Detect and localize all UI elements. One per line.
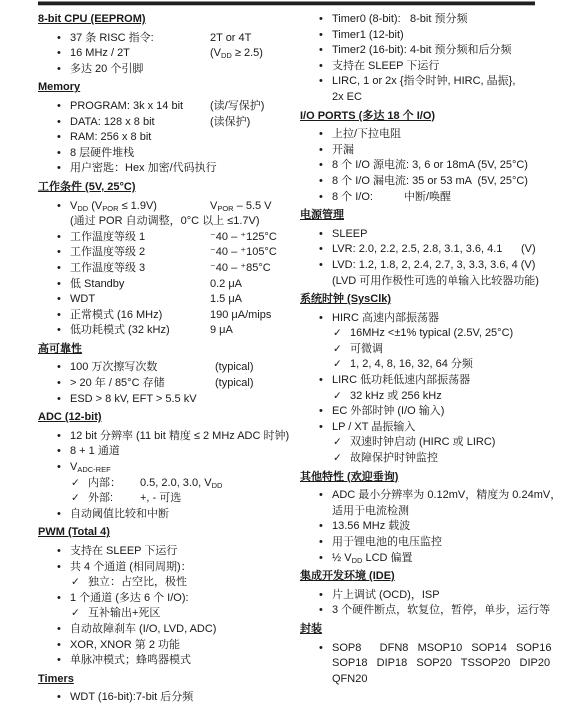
bullet-icon: •	[57, 31, 61, 47]
section-title: 集成开发环境 (IDE)	[300, 569, 585, 585]
feature-line: •SLEEP	[300, 227, 585, 243]
left-column: 8-bit CPU (EEPROM)•37 条 RISC 指令:2T or 4T…	[38, 12, 290, 706]
line-value: ⁻40 – ⁺105°C	[210, 246, 277, 258]
feature-line: •1 个通道 (多达 6 个 I/O):	[38, 591, 290, 607]
line-text: 8 个 I/O 源电流: 3, 6 or 18mA (5V, 25°C)	[332, 159, 528, 171]
bullet-icon: •	[57, 376, 61, 392]
bullet-icon: •	[57, 429, 61, 445]
feature-line: •低功耗模式 (32 kHz)9 μA	[38, 323, 290, 339]
section-title: ADC (12-bit)	[38, 410, 290, 426]
feature-line: •3 个硬件断点，软复位，暂停，单步，运行等	[300, 603, 585, 619]
line-value: +, - 可选	[140, 492, 181, 504]
line-text: SOP18 DIP18 SOP20 TSSOP20 DIP20	[332, 657, 550, 669]
line-text: 互补输出+死区	[88, 607, 160, 619]
feature-line: •12 bit 分辨率 (11 bit 精度 ≤ 2 MHz ADC 时钟)	[38, 429, 290, 445]
feature-line: •自动阈值比较和中断	[38, 507, 290, 523]
bullet-icon: •	[57, 62, 61, 78]
bullet-icon: •	[319, 420, 323, 436]
bullet-icon: •	[319, 311, 323, 327]
line-value: 9 μA	[210, 324, 233, 336]
right-column: •Timer0 (8-bit):8-bit 预分频•Timer1 (12-bit…	[300, 12, 585, 706]
feature-columns: 8-bit CPU (EEPROM)•37 条 RISC 指令:2T or 4T…	[38, 12, 585, 706]
line-text: 上拉/下拉电阻	[332, 128, 401, 140]
bullet-icon: •	[57, 46, 61, 62]
bullet-icon: •	[57, 544, 61, 560]
line-text: 16MHz <±1% typical (2.5V, 25°C)	[350, 327, 513, 339]
feature-line: •用于锂电池的电压监控	[300, 535, 585, 551]
line-value: 2T or 4T	[210, 32, 251, 44]
line-text: HIRC 高速内部振荡器	[332, 312, 439, 324]
bullet-icon: •	[57, 230, 61, 246]
feature-line: •HIRC 高速内部振荡器	[300, 311, 585, 327]
line-value: (读/写保护)	[210, 100, 264, 112]
bullet-icon: •	[57, 653, 61, 669]
feature-line: •片上调试 (OCD)，ISP	[300, 588, 585, 604]
bullet-icon: •	[319, 74, 323, 90]
feature-line: •8 + 1 通道	[38, 444, 290, 460]
feature-line: ✓故障保护时钟监控	[300, 451, 585, 467]
bullet-icon: •	[319, 143, 323, 159]
check-icon: ✓	[333, 342, 342, 358]
line-text: 共 4 个通道 (相同周期)：	[70, 561, 192, 573]
section-title: 封装	[300, 622, 585, 638]
line-text: 用于锂电池的电压监控	[332, 536, 442, 548]
feature-line: 适用于电流检测	[300, 504, 585, 520]
feature-line: •多达 20 个引脚	[38, 62, 290, 78]
feature-line: •VDD (VPOR ≤ 1.9V)VPOR – 5.5 V	[38, 199, 290, 215]
line-text: 8 + 1 通道	[70, 445, 120, 457]
line-value: VPOR – 5.5 V	[210, 200, 272, 212]
line-text: 支持在 SLEEP 下运行	[332, 60, 439, 72]
line-value: (VDD ≥ 2.5)	[210, 47, 263, 59]
feature-line: •支持在 SLEEP 下运行	[38, 544, 290, 560]
feature-line: ✓1, 2, 4, 8, 16, 32, 64 分频	[300, 357, 585, 373]
line-text: 双速时钟启动 (HIRC 或 LIRC)	[350, 436, 495, 448]
line-value: 0.5, 2.0, 3.0, VDD	[140, 477, 222, 489]
check-icon: ✓	[71, 491, 80, 507]
line-text: 工作温度等级 1	[70, 230, 210, 246]
line-text: 3 个硬件断点，软复位，暂停，单步，运行等	[332, 604, 550, 616]
feature-line: •工作温度等级 1⁻40 – ⁺125°C	[38, 230, 290, 246]
feature-line: ✓独立：占空比，极性	[38, 575, 290, 591]
line-text: WDT	[70, 292, 210, 308]
line-text: 多达 20 个引脚	[70, 63, 143, 75]
check-icon: ✓	[333, 326, 342, 342]
feature-line: •LVD: 1.2, 1.8, 2, 2.4, 2.7, 3, 3.3, 3.6…	[300, 258, 585, 274]
feature-line: •Timer1 (12-bit)	[300, 28, 585, 44]
feature-line: •13.56 MHz 载波	[300, 519, 585, 535]
feature-line: •工作温度等级 2⁻40 – ⁺105°C	[38, 245, 290, 261]
feature-line: •8 个 I/O 漏电流: 35 or 53 mA (5V, 25°C)	[300, 174, 585, 190]
line-text: 1, 2, 4, 8, 16, 32, 64 分频	[350, 358, 473, 370]
feature-line: •Timer0 (8-bit):8-bit 预分频	[300, 12, 585, 28]
bullet-icon: •	[57, 292, 61, 308]
feature-line: QFN20	[300, 672, 585, 688]
bullet-icon: •	[319, 373, 323, 389]
feature-line: •ADC 最小分辨率为 0.12mV，精度为 0.24mV，	[300, 488, 585, 504]
bullet-icon: •	[319, 488, 323, 504]
line-value: (typical)	[215, 361, 254, 373]
feature-line: •8 个 I/O:中断/唤醒	[300, 190, 585, 206]
feature-line: •开漏	[300, 143, 585, 159]
bullet-icon: •	[57, 323, 61, 339]
feature-line: •LIRC 低功耗低速内部振荡器	[300, 373, 585, 389]
feature-line: SOP18 DIP18 SOP20 TSSOP20 DIP20	[300, 656, 585, 672]
line-text: 1 个通道 (多达 6 个 I/O):	[70, 592, 189, 604]
feature-line: ✓32 kHz 或 256 kHz	[300, 389, 585, 405]
feature-line: •XOR, XNOR 第 2 功能	[38, 638, 290, 654]
bullet-icon: •	[57, 308, 61, 324]
line-text: RAM: 256 x 8 bit	[70, 131, 151, 143]
feature-line: •LP / XT 晶振输入	[300, 420, 585, 436]
feature-line: ✓16MHz <±1% typical (2.5V, 25°C)	[300, 326, 585, 342]
feature-line: •自动故障刹车 (I/O, LVD, ADC)	[38, 622, 290, 638]
feature-line: •WDT (16-bit):7-bit 后分频	[38, 690, 290, 706]
line-value: 1.5 μA	[210, 293, 242, 305]
line-text: LVD: 1.2, 1.8, 2, 2.4, 2.7, 3, 3.3, 3.6,…	[332, 259, 535, 271]
feature-line: •LVR: 2.0, 2.2, 2.5, 2.8, 3.1, 3.6, 4.1(…	[300, 242, 585, 258]
bullet-icon: •	[57, 130, 61, 146]
line-text: LIRC 低功耗低速内部振荡器	[332, 374, 470, 386]
bullet-icon: •	[319, 404, 323, 420]
line-text: 工作温度等级 3	[70, 261, 210, 277]
bullet-icon: •	[319, 127, 323, 143]
line-text: LP / XT 晶振输入	[332, 421, 415, 433]
bullet-icon: •	[57, 360, 61, 376]
feature-line: •WDT1.5 μA	[38, 292, 290, 308]
feature-line: •EC 外部时钟 (I/O 输入)	[300, 404, 585, 420]
line-text: 100 万次擦写次数	[70, 360, 215, 376]
line-text: Timer1 (12-bit)	[332, 29, 404, 41]
line-text: Timer0 (8-bit):	[332, 12, 410, 28]
bullet-icon: •	[57, 161, 61, 177]
feature-line: •RAM: 256 x 8 bit	[38, 130, 290, 146]
feature-line: ✓互补输出+死区	[38, 606, 290, 622]
bullet-icon: •	[57, 392, 61, 408]
feature-line: •支持在 SLEEP 下运行	[300, 59, 585, 75]
feature-line: •Timer2 (16-bit):4-bit 预分频和后分频	[300, 43, 585, 59]
line-text: PROGRAM: 3k x 14 bit	[70, 99, 210, 115]
feature-line: •SOP8 DFN8 MSOP10 SOP14 SOP16	[300, 641, 585, 657]
line-value: (V)	[521, 243, 536, 255]
line-value: 7-bit 后分频	[136, 691, 193, 703]
bullet-icon: •	[57, 277, 61, 293]
line-text: 16 MHz / 2T	[70, 46, 210, 62]
line-text: LIRC, 1 or 2x {指令时钟, HIRC, 晶振},	[332, 75, 515, 87]
feature-line: •8 个 I/O 源电流: 3, 6 or 18mA (5V, 25°C)	[300, 158, 585, 174]
section-title: 系统时钟 (SysClk)	[300, 292, 585, 308]
section-title: I/O PORTS (多达 18 个 I/O)	[300, 109, 585, 125]
feature-line: (通过 POR 自动调整，0°C 以上 ≤1.7V)	[38, 214, 290, 230]
line-text: 8 个 I/O 漏电流: 35 or 53 mA (5V, 25°C)	[332, 175, 528, 187]
line-text: EC 外部时钟 (I/O 输入)	[332, 405, 444, 417]
check-icon: ✓	[71, 476, 80, 492]
section-title: 工作条件 (5V, 25°C)	[38, 180, 290, 196]
section-title: 其他特性 (欢迎垂询)	[300, 470, 585, 486]
bullet-icon: •	[57, 99, 61, 115]
line-text: 自动阈值比较和中断	[70, 508, 169, 520]
bullet-icon: •	[319, 588, 323, 604]
section-title: Memory	[38, 80, 290, 96]
bullet-icon: •	[57, 591, 61, 607]
line-text: 外部:	[88, 491, 140, 507]
line-text: 37 条 RISC 指令:	[70, 31, 210, 47]
bullet-icon: •	[319, 603, 323, 619]
line-value: 190 μA/mips	[210, 309, 271, 321]
check-icon: ✓	[333, 389, 342, 405]
feature-line: ✓可微调	[300, 342, 585, 358]
line-text: ADC 最小分辨率为 0.12mV，精度为 0.24mV，	[332, 489, 561, 501]
feature-line: •低 Standby0.2 μA	[38, 277, 290, 293]
bullet-icon: •	[319, 641, 323, 657]
line-text: 支持在 SLEEP 下运行	[70, 545, 177, 557]
feature-line: •LIRC, 1 or 2x {指令时钟, HIRC, 晶振},	[300, 74, 585, 90]
feature-line: •PROGRAM: 3k x 14 bit(读/写保护)	[38, 99, 290, 115]
feature-line: •正常模式 (16 MHz)190 μA/mips	[38, 308, 290, 324]
feature-line: •100 万次擦写次数(typical)	[38, 360, 290, 376]
line-text: LVR: 2.0, 2.2, 2.5, 2.8, 3.1, 3.6, 4.1	[332, 242, 521, 258]
feature-line: •8 层硬件堆栈	[38, 146, 290, 162]
line-text: 32 kHz 或 256 kHz	[350, 390, 442, 402]
feature-line: •用户密匙：Hex 加密/代码执行	[38, 161, 290, 177]
line-text: Timer2 (16-bit):	[332, 43, 410, 59]
bullet-icon: •	[319, 43, 323, 59]
line-text: 开漏	[332, 144, 354, 156]
feature-line: •共 4 个通道 (相同周期)：	[38, 560, 290, 576]
bullet-icon: •	[57, 115, 61, 131]
feature-line: 2x EC	[300, 90, 585, 106]
bullet-icon: •	[57, 638, 61, 654]
line-text: 13.56 MHz 载波	[332, 520, 410, 532]
line-text: 8 层硬件堆栈	[70, 147, 134, 159]
line-text: > 20 年 / 85°C 存储	[70, 376, 215, 392]
line-text: 可微调	[350, 343, 383, 355]
feature-line: •ESD > 8 kV, EFT > 5.5 kV	[38, 392, 290, 408]
line-value: (typical)	[215, 377, 254, 389]
line-text: 正常模式 (16 MHz)	[70, 308, 210, 324]
line-text: (LVD 可用作极性可选的单输入比较器功能)	[332, 275, 539, 287]
section-title: Timers	[38, 672, 290, 688]
bullet-icon: •	[57, 690, 61, 706]
check-icon: ✓	[333, 357, 342, 373]
feature-line: •工作温度等级 3⁻40 – ⁺85°C	[38, 261, 290, 277]
feature-line: •单脉冲模式；蜂鸣器模式	[38, 653, 290, 669]
feature-line: (LVD 可用作极性可选的单输入比较器功能)	[300, 274, 585, 290]
line-text: VADC-REF	[70, 461, 111, 473]
feature-line: •16 MHz / 2T(VDD ≥ 2.5)	[38, 46, 290, 62]
bullet-icon: •	[57, 507, 61, 523]
feature-line: ✓内部：0.5, 2.0, 3.0, VDD	[38, 476, 290, 492]
line-text: 片上调试 (OCD)，ISP	[332, 589, 440, 601]
line-text: 12 bit 分辨率 (11 bit 精度 ≤ 2 MHz ADC 时钟)	[70, 430, 289, 442]
bullet-icon: •	[319, 174, 323, 190]
section-title: 电源管理	[300, 208, 585, 224]
line-text: 独立：占空比，极性	[88, 576, 187, 588]
bullet-icon: •	[319, 227, 323, 243]
line-text: 8 个 I/O:	[332, 190, 404, 206]
bullet-icon: •	[319, 519, 323, 535]
feature-line: ✓外部:+, - 可选	[38, 491, 290, 507]
section-title: PWM (Total 4)	[38, 525, 290, 541]
line-text: XOR, XNOR 第 2 功能	[70, 639, 180, 651]
feature-line: •½ VDD LCD 偏置	[300, 551, 585, 567]
line-text: ½ VDD LCD 偏置	[332, 552, 413, 564]
line-value: ⁻40 – ⁺125°C	[210, 231, 277, 243]
line-text: 内部：	[88, 476, 140, 492]
line-text: DATA: 128 x 8 bit	[70, 115, 210, 131]
line-text: WDT (16-bit):	[70, 690, 136, 706]
line-value: (读保护)	[210, 116, 250, 128]
section-title: 8-bit CPU (EEPROM)	[38, 12, 290, 28]
bullet-icon: •	[57, 245, 61, 261]
bullet-icon: •	[319, 242, 323, 258]
section-title: 高可靠性	[38, 342, 290, 358]
feature-line: •> 20 年 / 85°C 存储(typical)	[38, 376, 290, 392]
line-text: 适用于电流检测	[332, 505, 409, 517]
feature-line: •37 条 RISC 指令:2T or 4T	[38, 31, 290, 47]
bullet-icon: •	[319, 535, 323, 551]
bullet-icon: •	[57, 444, 61, 460]
bullet-icon: •	[319, 190, 323, 206]
top-rule-divider	[38, 1, 535, 6]
line-value: ⁻40 – ⁺85°C	[210, 262, 271, 274]
line-value: 0.2 μA	[210, 278, 242, 290]
bullet-icon: •	[319, 12, 323, 28]
feature-line: •VADC-REF	[38, 460, 290, 476]
line-value: 中断/唤醒	[404, 191, 451, 203]
line-text: 2x EC	[332, 91, 362, 103]
line-value: 8-bit 预分频	[410, 13, 467, 25]
bullet-icon: •	[319, 59, 323, 75]
check-icon: ✓	[333, 435, 342, 451]
line-text: 低 Standby	[70, 277, 210, 293]
line-text: 用户密匙：Hex 加密/代码执行	[70, 162, 217, 174]
bullet-icon: •	[57, 261, 61, 277]
line-text: SLEEP	[332, 228, 367, 240]
line-text: (通过 POR 自动调整，0°C 以上 ≤1.7V)	[70, 215, 260, 227]
line-text: 故障保护时钟监控	[350, 452, 438, 464]
feature-line: ✓双速时钟启动 (HIRC 或 LIRC)	[300, 435, 585, 451]
check-icon: ✓	[71, 606, 80, 622]
bullet-icon: •	[57, 460, 61, 476]
line-text: SOP8 DFN8 MSOP10 SOP14 SOP16	[332, 642, 551, 654]
check-icon: ✓	[333, 451, 342, 467]
feature-line: •DATA: 128 x 8 bit(读保护)	[38, 115, 290, 131]
line-text: QFN20	[332, 673, 367, 685]
line-text: 工作温度等级 2	[70, 245, 210, 261]
bullet-icon: •	[57, 622, 61, 638]
bullet-icon: •	[319, 258, 323, 274]
line-text: 单脉冲模式；蜂鸣器模式	[70, 654, 191, 666]
bullet-icon: •	[319, 158, 323, 174]
bullet-icon: •	[57, 199, 61, 215]
line-text: 自动故障刹车 (I/O, LVD, ADC)	[70, 623, 216, 635]
bullet-icon: •	[319, 28, 323, 44]
line-text: VDD (VPOR ≤ 1.9V)	[70, 199, 210, 215]
datasheet-page: 8-bit CPU (EEPROM)•37 条 RISC 指令:2T or 4T…	[0, 0, 585, 712]
feature-line: •上拉/下拉电阻	[300, 127, 585, 143]
line-value: 4-bit 预分频和后分频	[410, 44, 511, 56]
check-icon: ✓	[71, 575, 80, 591]
line-text: 低功耗模式 (32 kHz)	[70, 323, 210, 339]
bullet-icon: •	[319, 551, 323, 567]
line-text: ESD > 8 kV, EFT > 5.5 kV	[70, 393, 197, 405]
bullet-icon: •	[57, 560, 61, 576]
bullet-icon: •	[57, 146, 61, 162]
